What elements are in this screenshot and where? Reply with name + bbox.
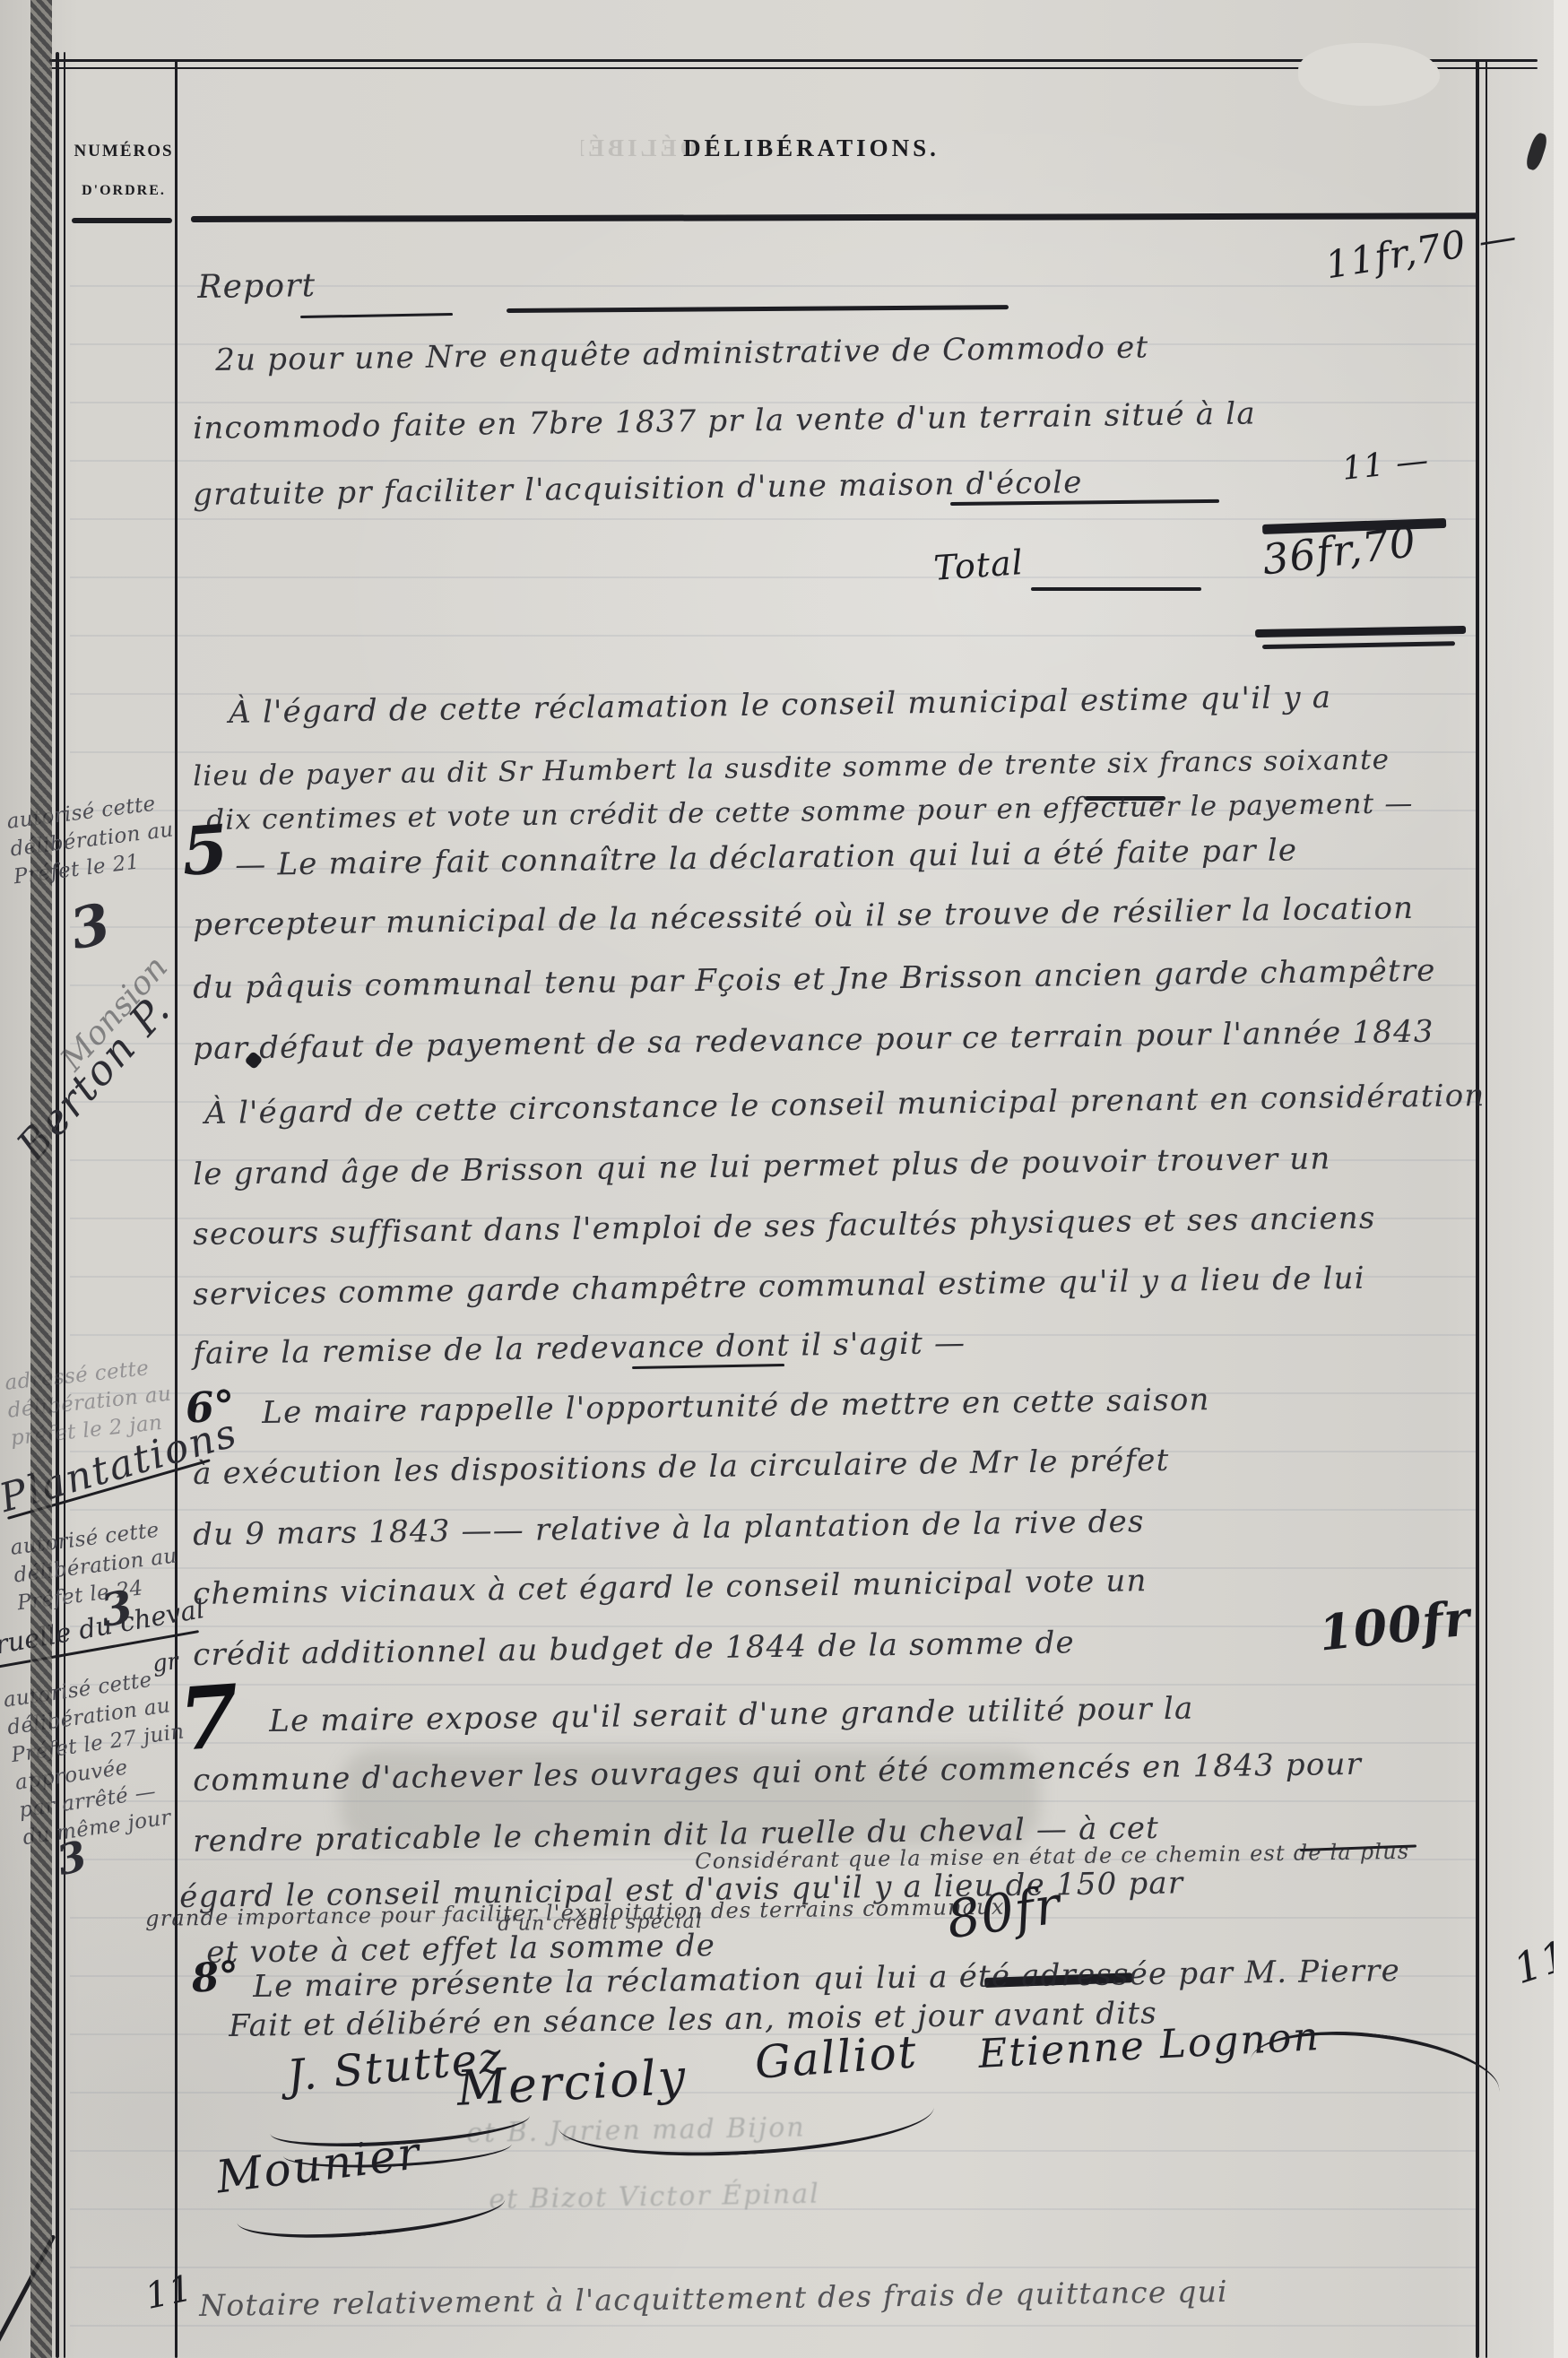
header-rule-main <box>191 212 1479 222</box>
item-number-8: 8° <box>190 1953 240 2002</box>
total-label: Total <box>932 542 1025 588</box>
ink-speck-right <box>1524 132 1549 172</box>
header-rule-order <box>72 218 172 223</box>
report-label: Report <box>197 267 316 306</box>
ink-dash <box>1031 587 1201 591</box>
bleedthrough-line: et Bizot Victor Épinal <box>489 2179 820 2215</box>
border-right-outer <box>1476 59 1479 2358</box>
border-right-inner <box>1486 59 1487 2358</box>
order-column-label-line2: D'ORDRE. <box>70 183 178 199</box>
order-column-header: NUMÉROS D'ORDRE. <box>70 142 178 199</box>
register-page-scan: NUMÉROS D'ORDRE. DÉLIBÉRATIONS. DÉLIBÉRA… <box>0 0 1568 2358</box>
scan-edge-right-strip <box>1554 0 1568 2358</box>
border-left-outer <box>56 52 59 2358</box>
page-title: DÉLIBÉRATIONS. <box>659 134 964 162</box>
scan-edge-band-left <box>30 0 52 2358</box>
border-left-inner <box>64 52 65 2358</box>
order-column-label-line1: NUMÉROS <box>70 142 178 161</box>
page-title-bleedthrough: DÉLIBÉRATIONS. <box>581 134 697 162</box>
signature: Mercioly <box>455 2049 689 2117</box>
order-column-divider <box>175 59 178 2358</box>
scan-notch-top-right <box>1298 43 1440 106</box>
item-number-5: 5 <box>179 811 230 890</box>
